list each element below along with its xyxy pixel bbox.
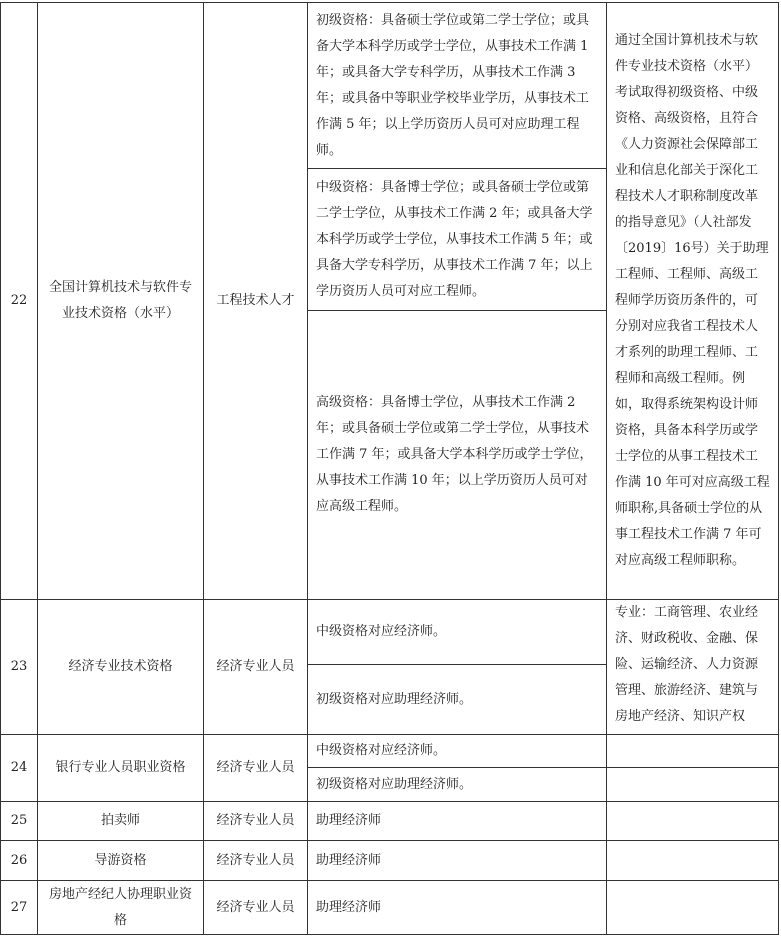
row-number: 24 [1,735,38,802]
qualification-name: 房地产经纪人协理职业资格 [38,881,204,935]
row-number: 23 [1,600,38,735]
level-description: 助理经济师 [308,841,607,881]
table-row: 27 房地产经纪人协理职业资格 经济专业人员 助理经济师 [1,881,779,935]
level-description: 助理经济师 [308,881,607,935]
level-description: 初级资格：具备硕士学位或第二学士学位；或具备大学本科学历或学士学位，从事技术工作… [308,3,607,169]
level-description: 助理经济师 [308,802,607,841]
level-description: 中级资格：具备博士学位；或具备硕士学位或第二学士学位，从事技术工作满 2 年；或… [308,169,607,311]
level-description: 高级资格：具备博士学位，从事技术工作满 2 年；或具备硕士学位或第二学士学位，从… [308,311,607,600]
qualification-name: 银行专业人员职业资格 [38,735,204,802]
row-number: 25 [1,802,38,841]
qualification-name: 拍卖师 [38,802,204,841]
table-row: 24 银行专业人员职业资格 经济专业人员 中级资格对应经济师。 [1,735,779,768]
level-description: 初级资格对应助理经济师。 [308,768,607,802]
level-description: 初级资格对应助理经济师。 [308,665,607,735]
remarks [607,881,779,935]
qualification-table: 22 全国计算机技术与软件专业技术资格（水平） 工程技术人才 初级资格：具备硕士… [0,2,779,935]
level-description: 中级资格对应经济师。 [308,600,607,665]
qualification-name: 经济专业技术资格 [38,600,204,735]
talent-category: 经济专业人员 [204,802,308,841]
row-number: 26 [1,841,38,881]
remarks [607,802,779,841]
talent-category: 工程技术人才 [204,3,308,600]
talent-category: 经济专业人员 [204,841,308,881]
qualification-name: 导游资格 [38,841,204,881]
row-number: 27 [1,881,38,935]
table-row: 26 导游资格 经济专业人员 助理经济师 [1,841,779,881]
remarks [607,735,779,768]
table-row: 25 拍卖师 经济专业人员 助理经济师 [1,802,779,841]
remarks-empty [607,768,779,802]
table-row: 23 经济专业技术资格 经济专业人员 中级资格对应经济师。 专业：工商管理、农业… [1,600,779,665]
talent-category: 经济专业人员 [204,881,308,935]
talent-category: 经济专业人员 [204,600,308,735]
table-row: 22 全国计算机技术与软件专业技术资格（水平） 工程技术人才 初级资格：具备硕士… [1,3,779,169]
remarks [607,841,779,881]
level-description: 中级资格对应经济师。 [308,735,607,768]
remarks: 专业：工商管理、农业经济、财政税收、金融、保险、运输经济、人力资源管理、旅游经济… [607,600,779,735]
talent-category: 经济专业人员 [204,735,308,802]
row-number: 22 [1,3,38,600]
qualification-name: 全国计算机技术与软件专业技术资格（水平） [38,3,204,600]
remarks: 通过全国计算机技术与软件专业技术资格（水平）考试取得初级资格、中级资格、高级资格… [607,3,779,600]
